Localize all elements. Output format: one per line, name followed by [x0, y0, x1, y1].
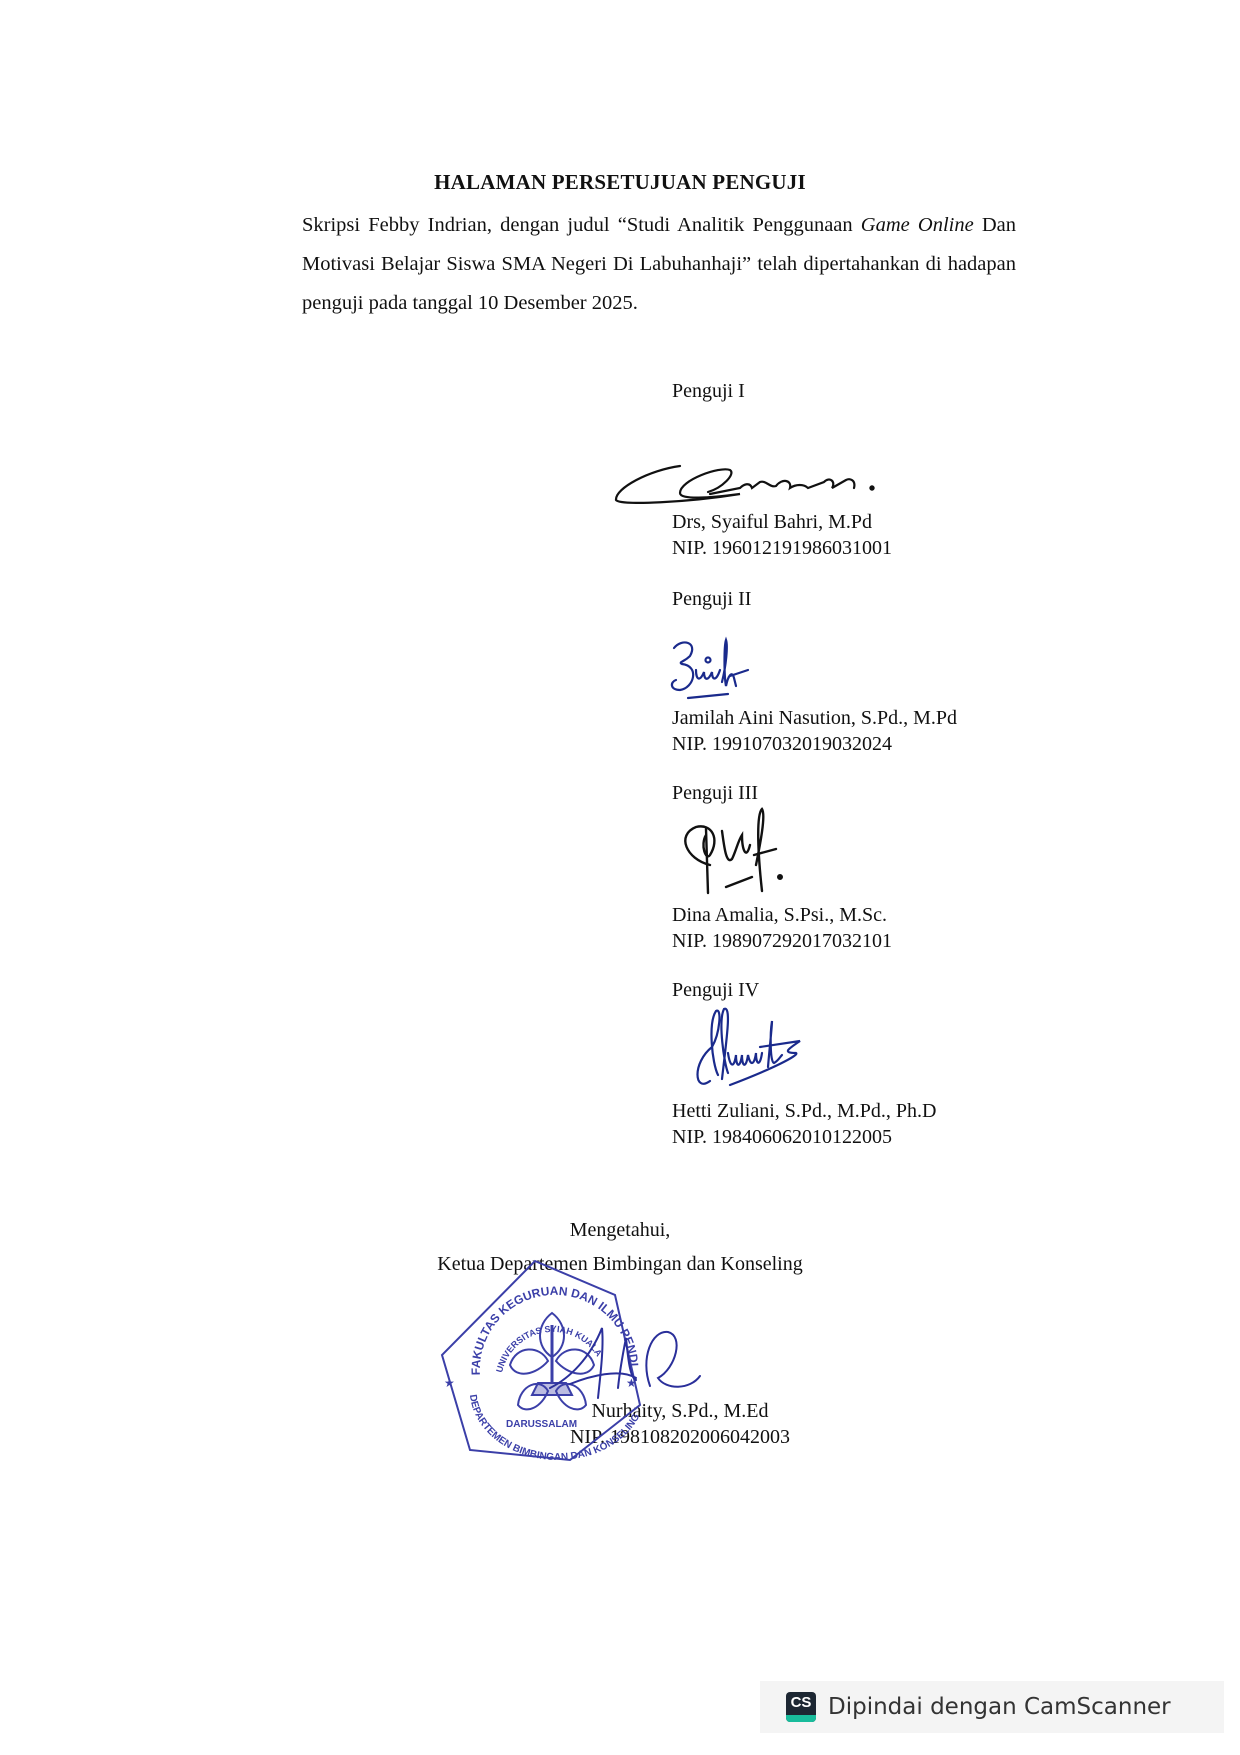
examiner-4-info: Hetti Zuliani, S.Pd., M.Pd., Ph.D NIP. 1… [672, 1098, 936, 1150]
examiner-name: Drs, Syaiful Bahri, M.Pd [672, 509, 892, 535]
camscanner-logo-text: CS [791, 1692, 812, 1714]
camscanner-logo-icon: CS [786, 1692, 816, 1722]
examiner-name: Jamilah Aini Nasution, S.Pd., M.Pd [672, 705, 957, 731]
intro-paragraph: Skripsi Febby Indrian, dengan judul “Stu… [302, 206, 1016, 323]
examiner-name: Dina Amalia, S.Psi., M.Sc. [672, 902, 892, 928]
camscanner-text: Dipindai dengan CamScanner [828, 1694, 1171, 1720]
stamp-center-text: DARUSSALAM [506, 1419, 577, 1430]
examiner-label: Penguji II [672, 586, 751, 612]
examiner-2-label-block: Penguji II [672, 586, 751, 612]
examiner-nip: NIP. 196012191986031001 [672, 535, 892, 561]
acknowledged-label: Mengetahui, [0, 1219, 1240, 1242]
page-title: HALAMAN PERSETUJUAN PENGUJI [0, 170, 1240, 195]
examiner-2-signature [668, 636, 758, 706]
examiner-3-signature [676, 805, 796, 895]
examiner-nip: NIP. 199107032019032024 [672, 731, 957, 757]
camscanner-watermark: CS Dipindai dengan CamScanner [760, 1681, 1224, 1733]
examiner-name: Hetti Zuliani, S.Pd., M.Pd., Ph.D [672, 1098, 936, 1124]
examiner-3-info: Dina Amalia, S.Psi., M.Sc. NIP. 19890729… [672, 902, 892, 954]
department-head-signature [540, 1318, 720, 1408]
examiner-1-label-block: Penguji I [672, 378, 745, 404]
examiner-label: Penguji IV [672, 977, 759, 1003]
intro-text-1: Skripsi Febby Indrian, dengan judul “Stu… [302, 214, 861, 236]
examiner-4-signature [692, 1003, 812, 1093]
examiner-nip: NIP. 198907292017032101 [672, 928, 892, 954]
examiner-1-signature [610, 458, 940, 508]
svg-text:★: ★ [444, 1376, 455, 1390]
examiner-2-info: Jamilah Aini Nasution, S.Pd., M.Pd NIP. … [672, 705, 957, 757]
examiner-label: Penguji I [672, 378, 745, 404]
examiner-1-info: Drs, Syaiful Bahri, M.Pd NIP. 1960121919… [672, 509, 892, 561]
examiner-label: Penguji III [672, 780, 758, 806]
examiner-3-label-block: Penguji III [672, 780, 758, 806]
examiner-4-label-block: Penguji IV [672, 977, 759, 1003]
examiner-nip: NIP. 198406062010122005 [672, 1124, 936, 1150]
intro-italic-term: Game Online [861, 214, 974, 236]
